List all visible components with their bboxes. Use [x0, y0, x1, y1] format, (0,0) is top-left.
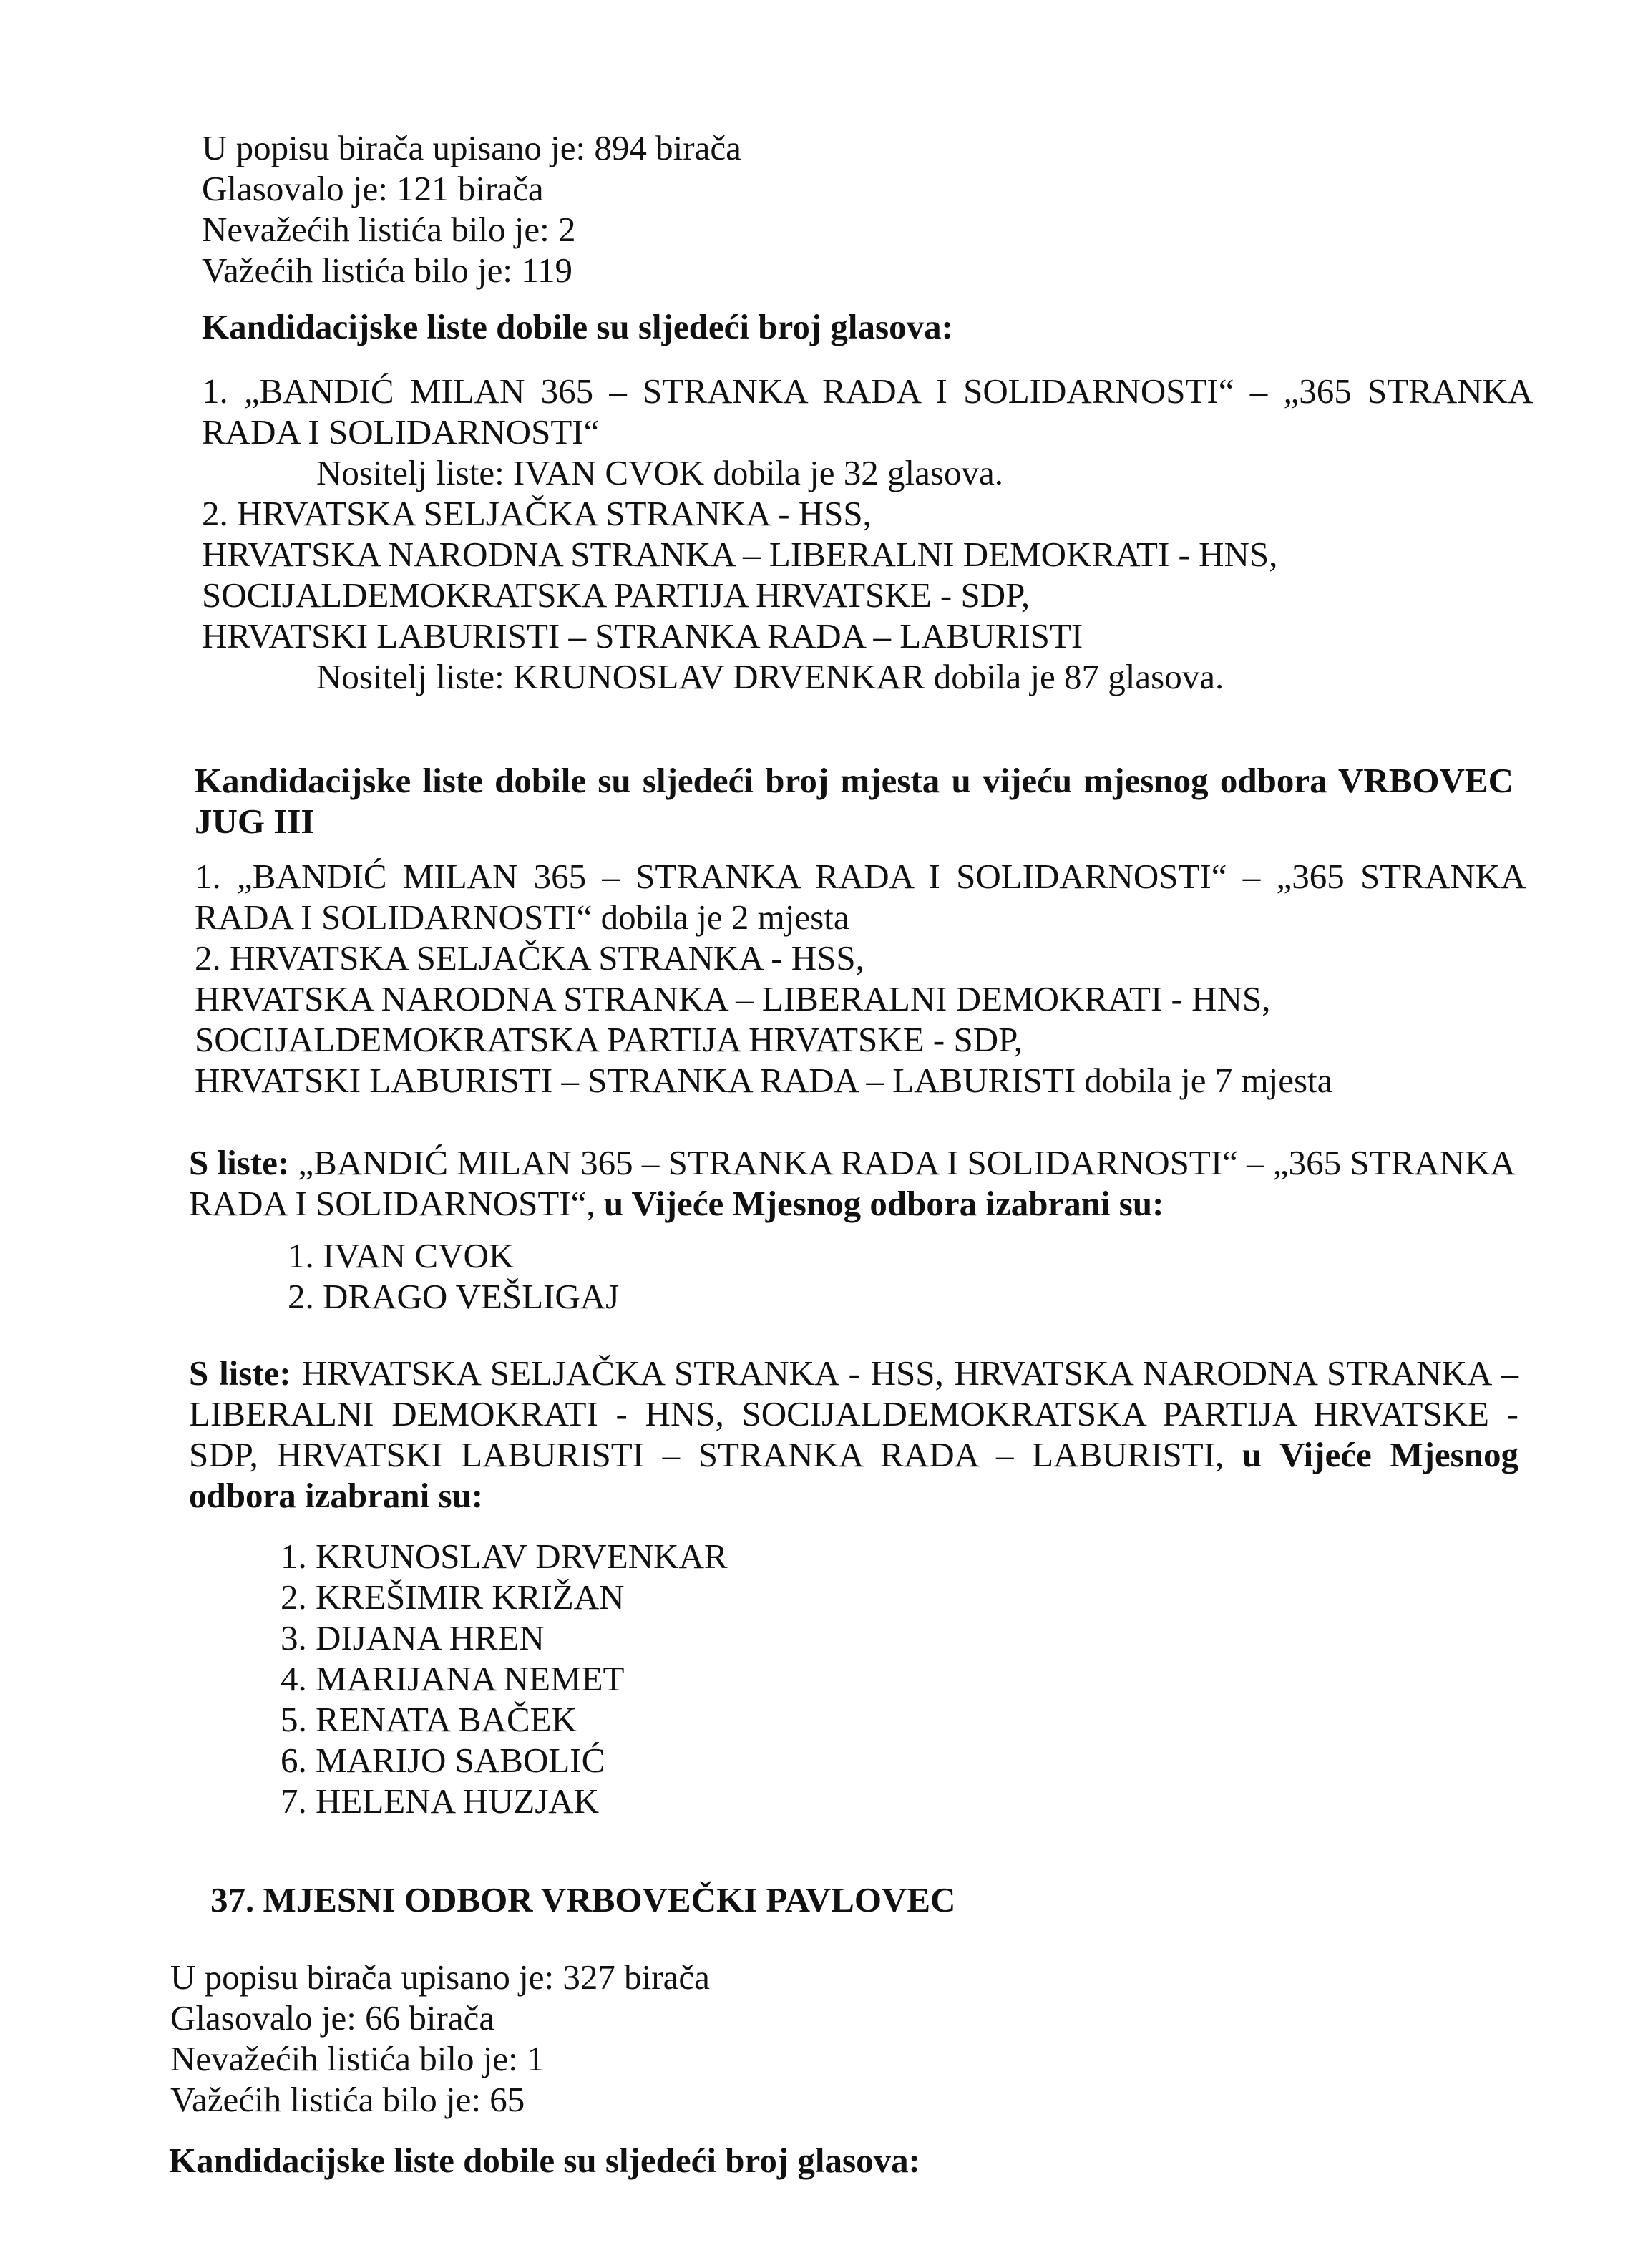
- member-item: 1. IVAN CVOK: [288, 1235, 619, 1276]
- seats-item-2-line-1: 2. HRVATSKA SELJAČKA STRANKA - HSS,: [195, 938, 1526, 978]
- seats-item-2-line-2: HRVATSKA NARODNA STRANKA – LIBERALNI DEM…: [195, 978, 1526, 1019]
- registered-voters: U popisu birača upisano je: 894 birača: [202, 127, 741, 168]
- elected-list-1-name-line-2: RADA I SOLIDARNOSTI“,: [189, 1184, 595, 1223]
- seats-heading-line-1: Kandidacijske liste dobile su sljedeći b…: [195, 760, 1513, 801]
- elected-list-1-suffix: u Vijeće Mjesnog odbora izabrani su:: [595, 1184, 1164, 1223]
- valid-ballots: Važećih listića bilo je: 119: [202, 250, 741, 291]
- votes-item-2-line-4: HRVATSKI LABURISTI – STRANKA RADA – LABU…: [202, 615, 1534, 656]
- seats-heading-line-2: JUG III: [195, 801, 1513, 842]
- member-item: 7. HELENA HUZJAK: [281, 1781, 728, 1821]
- invalid-ballots: Nevažećih listića bilo je: 2: [202, 209, 741, 250]
- voted-count: Glasovalo je: 121 birača: [202, 168, 741, 209]
- votes-item-1-line-2: RADA I SOLIDARNOSTI“: [202, 412, 1534, 452]
- elected-list-1-prefix: S liste:: [189, 1143, 289, 1182]
- elected-list-2-members: 1. KRUNOSLAV DRVENKAR 2. KREŠIMIR KRIŽAN…: [281, 1536, 728, 1821]
- member-item: 1. KRUNOSLAV DRVENKAR: [281, 1536, 728, 1577]
- section-37-stats: U popisu birača upisano je: 327 birača G…: [170, 1957, 710, 2120]
- voter-stats: U popisu birača upisano je: 894 birača G…: [202, 127, 741, 291]
- member-item: 5. RENATA BAČEK: [281, 1699, 728, 1740]
- seats-item-2-line-4: HRVATSKI LABURISTI – STRANKA RADA – LABU…: [195, 1060, 1526, 1101]
- section-37-votes-heading: Kandidacijske liste dobile su sljedeći b…: [169, 2140, 920, 2181]
- section-37-title: 37. MJESNI ODBOR VRBOVEČKI PAVLOVEC: [210, 1879, 955, 1920]
- votes-list: 1. „BANDIĆ MILAN 365 – STRANKA RADA I SO…: [202, 371, 1534, 697]
- votes-item-2-line-1: 2. HRVATSKA SELJAČKA STRANKA - HSS,: [202, 493, 1534, 534]
- elected-list-2-intro: S liste: HRVATSKA SELJAČKA STRANKA - HSS…: [189, 1353, 1518, 1516]
- votes-item-2-line-2: HRVATSKA NARODNA STRANKA – LIBERALNI DEM…: [202, 534, 1534, 575]
- seats-list: 1. „BANDIĆ MILAN 365 – STRANKA RADA I SO…: [195, 856, 1526, 1101]
- member-item: 3. DIJANA HREN: [281, 1617, 728, 1658]
- votes-item-1-holder: Nositelj liste: IVAN CVOK dobila je 32 g…: [202, 452, 1534, 493]
- votes-item-2-holder: Nositelj liste: KRUNOSLAV DRVENKAR dobil…: [202, 656, 1534, 697]
- seats-item-1-line-2: RADA I SOLIDARNOSTI“ dobila je 2 mjesta: [195, 897, 1526, 938]
- votes-item-2-line-3: SOCIJALDEMOKRATSKA PARTIJA HRVATSKE - SD…: [202, 575, 1534, 615]
- seats-heading: Kandidacijske liste dobile su sljedeći b…: [195, 760, 1513, 842]
- member-item: 6. MARIJO SABOLIĆ: [281, 1740, 728, 1781]
- elected-list-2-prefix: S liste:: [189, 1353, 291, 1393]
- voted-count: Glasovalo je: 66 birača: [170, 1997, 710, 2038]
- seats-item-1-line-1: 1. „BANDIĆ MILAN 365 – STRANKA RADA I SO…: [195, 856, 1526, 897]
- elected-list-1-intro: S liste: „BANDIĆ MILAN 365 – STRANKA RAD…: [189, 1142, 1516, 1224]
- seats-item-2-line-3: SOCIJALDEMOKRATSKA PARTIJA HRVATSKE - SD…: [195, 1019, 1526, 1060]
- member-item: 4. MARIJANA NEMET: [281, 1658, 728, 1699]
- votes-item-1-line-1: 1. „BANDIĆ MILAN 365 – STRANKA RADA I SO…: [202, 371, 1534, 412]
- member-item: 2. KREŠIMIR KRIŽAN: [281, 1577, 728, 1617]
- document-page: U popisu birača upisano je: 894 birača G…: [0, 0, 1643, 2268]
- registered-voters: U popisu birača upisano je: 327 birača: [170, 1957, 710, 1997]
- elected-list-1-members: 1. IVAN CVOK 2. DRAGO VEŠLIGAJ: [288, 1235, 619, 1317]
- member-item: 2. DRAGO VEŠLIGAJ: [288, 1276, 619, 1317]
- valid-ballots: Važećih listića bilo je: 65: [170, 2079, 710, 2120]
- elected-list-1-name-line-1: „BANDIĆ MILAN 365 – STRANKA RADA I SOLID…: [289, 1143, 1516, 1182]
- invalid-ballots: Nevažećih listića bilo je: 1: [170, 2038, 710, 2079]
- votes-heading: Kandidacijske liste dobile su sljedeći b…: [202, 306, 953, 347]
